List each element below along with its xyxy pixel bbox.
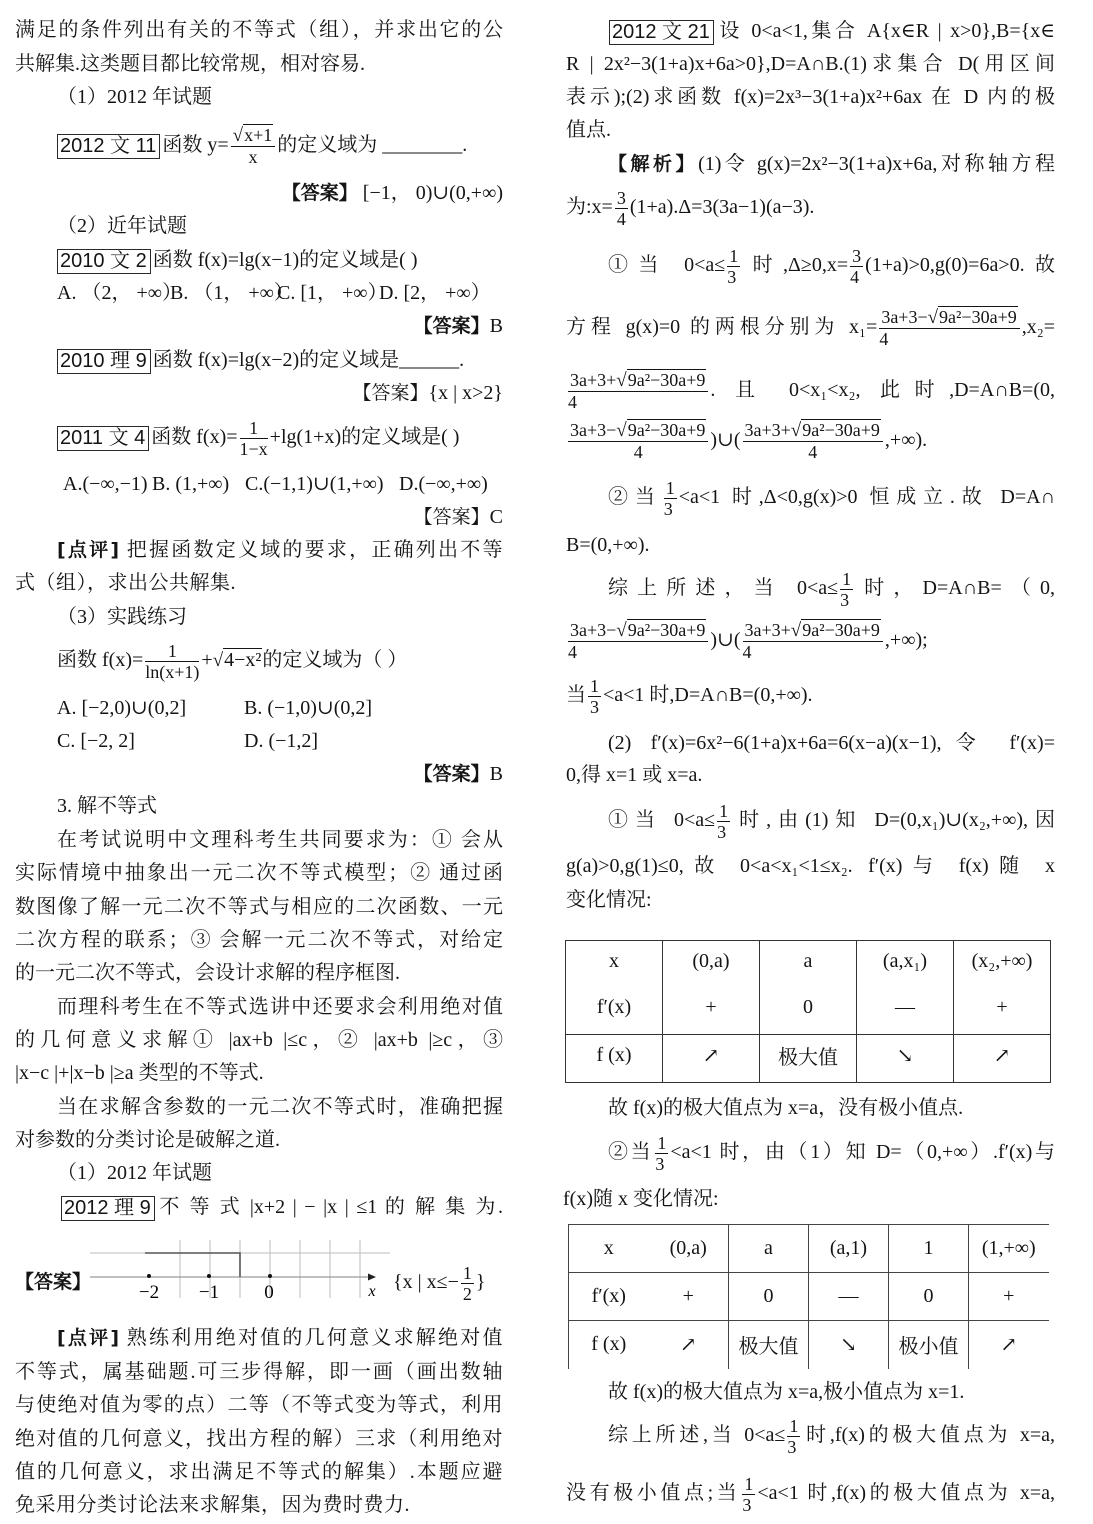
section-heading: （2）近年试题 (57, 211, 187, 241)
sqrt-sign: √ (233, 125, 243, 146)
fraction: 12 (461, 1263, 474, 1304)
solution-text: ,+∞); (885, 629, 928, 651)
period: . (462, 134, 467, 156)
formula: +lg(1+x) (270, 426, 341, 448)
solution-line: g(a)>0,g(1)≤0,故 0<a<x₁<1≤x₂. f′(x)与 f(x)… (566, 851, 1055, 881)
table-cell: a (729, 1225, 809, 1273)
fraction: 13 (742, 1474, 755, 1515)
answer-line: 【答案】{x | x>2} (15, 378, 503, 408)
solution-line: ①当 0<a≤13时,由(1)知 D=(0,x₁)∪(x₂,+∞),因 (608, 799, 1055, 841)
question-text: 函数 (153, 349, 198, 371)
point-minus-1 (207, 1274, 211, 1278)
denominator: 4 (615, 209, 628, 229)
answer-value: C (490, 506, 503, 528)
formula: f(x)= (196, 426, 237, 448)
numerator-prefix: 3a+3− (570, 620, 616, 640)
solution-text: (1+a)>0,g(0)=6a>0.故 (865, 254, 1055, 276)
numerator: 1 (840, 569, 853, 590)
point-0 (268, 1274, 272, 1278)
denominator: 1−x (240, 439, 268, 459)
denominator: 4 (568, 392, 708, 412)
option-d: D.(−∞,+∞) (399, 469, 488, 499)
radicand: 9a²−30a+9 (627, 619, 707, 640)
point-minus-2 (147, 1274, 151, 1278)
comment-line: 绝对值的几何意义，找出方程的解）三求（利用绝对 (15, 1424, 503, 1454)
table-cell: x (566, 941, 663, 988)
question-tag: 2011 文 4 (57, 426, 149, 451)
solution-line: 故 f(x)的极大值点为 x=a，没有极小值点. (608, 1093, 963, 1123)
table-cell: a (760, 941, 857, 988)
sqrt-sign: √ (616, 620, 626, 641)
table-cell: + (663, 988, 760, 1035)
solution-text: 为:x= (566, 196, 613, 218)
table-cell: 0 (760, 988, 857, 1035)
table-row: f′(x) + 0 — + (566, 988, 1051, 1035)
comment-text: 熟练利用绝对值的几何意义求解绝对值 (120, 1327, 503, 1349)
root-fraction: 3a+3−√9a²−30a+94 (568, 620, 708, 662)
solution-text: ,x₂= (1022, 316, 1055, 338)
numerator: 3a+3−√9a²−30a+9 (568, 620, 708, 642)
numerator: 1 (588, 676, 601, 697)
section-heading: （3）实践练习 (57, 602, 187, 632)
root-fraction: 3a+3+√9a²−30a+94 (568, 370, 708, 412)
comment-line: 与使绝对值为零的点）二等（不等式变为等式，利用 (15, 1390, 503, 1420)
option-a: A. （2， +∞） (57, 278, 170, 308)
table-cell: ↘ (857, 1035, 954, 1083)
question-text: 函数 (153, 249, 198, 271)
sqrt-sign: √ (928, 307, 938, 328)
solution-text: (1)令 g(x)=2x²−3(1+a)x+6a,对称轴方程 (698, 153, 1055, 175)
formula: + (201, 649, 212, 671)
table-cell: f (x) (569, 1321, 649, 1369)
denominator: 4 (879, 329, 1019, 349)
solution-text: )∪( (710, 629, 740, 651)
comment-line: 不等式，属基础题.可三步得解，即一画（画出数轴 (15, 1357, 503, 1387)
denominator: 3 (655, 1154, 668, 1174)
denominator: 4 (743, 442, 883, 462)
paragraph-line: 对参数的分类讨论是破解之道. (15, 1125, 280, 1155)
table-cell: f′(x) (566, 988, 663, 1035)
solution-text: <a<1 时,D=A∩B=(0,+∞). (603, 684, 813, 706)
denominator: ln(x+1) (145, 662, 199, 682)
numerator: 3a+3+√9a²−30a+9 (568, 370, 708, 392)
table-cell: x (569, 1225, 649, 1273)
radicand: 9a²−30a+9 (938, 306, 1018, 327)
table-cell: 1 (889, 1225, 969, 1273)
solution-label: 【解析】 (608, 153, 698, 175)
options-line: A.(−∞,−1)B. (1,+∞)C.(−1,1)∪(1,+∞)D.(−∞,+… (63, 469, 488, 499)
numerator: 1 (727, 246, 740, 267)
question-2010-li-9: 2010 理 9函数 f(x)=lg(x−2)的定义域是______. (57, 345, 464, 375)
root-fraction: 3a+3+√9a²−30a+94 (743, 620, 883, 662)
numerator: 3a+3+√9a²−30a+9 (743, 420, 883, 442)
question-2010-wen-2: 2010 文 2函数 f(x)=lg(x−1)的定义域是( ) (57, 245, 417, 275)
option-d: D. (−1,2] (244, 726, 318, 756)
number-line-figure: −2 −1 0 x (85, 1235, 395, 1305)
numerator: 3 (615, 188, 628, 209)
formula: y= (207, 134, 228, 156)
table-cell: — (857, 988, 954, 1035)
answer-label: 【答案】 (414, 506, 490, 528)
denominator: 4 (850, 267, 863, 287)
answer-blank: ______ (399, 349, 459, 371)
comment-line: 式（组），求出公共解集. (15, 568, 236, 598)
numerator: 3 (850, 246, 863, 267)
question-text: 的定义域为 (277, 134, 382, 156)
table-cell: ↗ (663, 1035, 760, 1083)
question-2012-wen-21: 2012 文 21设 0<a<1,集合 A{x∈R | x>0},B={x∈ (609, 16, 1055, 46)
solution-line: 没有极小值点;当13<a<1 时,f(x)的极大值点为 x=a, (566, 1472, 1055, 1514)
solution-text: 方程 g(x)=0 的两根分别为 x₁= (566, 316, 877, 338)
solution-text: 当 (566, 684, 586, 706)
solution-graph (145, 1253, 240, 1277)
question-text: 函数 (57, 649, 102, 671)
period: . (498, 1196, 503, 1218)
answer-value: B (490, 763, 503, 785)
fraction: 1ln(x+1) (145, 641, 199, 682)
fraction: 34 (615, 188, 628, 229)
numerator-prefix: 3a+3+ (570, 370, 616, 390)
solution-line: 3a+3−√9a²−30a+94)∪(3a+3+√9a²−30a+94,+∞). (566, 419, 927, 461)
fraction: 13 (655, 1133, 668, 1174)
formula: f(x)=lg(x−2) (198, 349, 299, 371)
answer-line: 【答案】C (15, 502, 503, 532)
numerator: 1 (145, 641, 199, 662)
paragraph-line: |x−c |+|x−b |≥a 类型的不等式. (15, 1058, 264, 1088)
numerator: 1 (461, 1263, 474, 1284)
solution-text: 时,由(1)知 D=(0,x₁)∪(x₂,+∞),因 (732, 809, 1055, 831)
question-tag: 2010 文 2 (57, 249, 151, 274)
variation-table-case2: x (0,a) a (a,1) 1 (1,+∞) f′(x) + 0 — 0 +… (568, 1224, 1049, 1369)
table-cell: ↗ (954, 1035, 1051, 1083)
denominator: 2 (461, 1284, 474, 1304)
tick-label: −1 (199, 1282, 219, 1303)
fraction: 34 (850, 246, 863, 287)
table-cell: 0 (729, 1273, 809, 1321)
option-b: B. （1， +∞） (170, 278, 277, 308)
question-line: R | 2x²−3(1+a)x+6a>0},D=A∩B.(1)求集合 D(用区间 (566, 49, 1055, 79)
table-row: x (0,a) a (a,1) 1 (1,+∞) (569, 1225, 1049, 1273)
solution-text: ②当 (608, 1141, 653, 1163)
answer-set-prefix: {x | x≤− (393, 1271, 459, 1293)
paragraph-line: 二次方程的联系；③ 会解一元二次不等式，对给定 (15, 925, 503, 955)
table-cell: + (969, 1273, 1049, 1321)
solution-line: 0,得 x=1 或 x=a. (566, 760, 702, 790)
table-cell: (0,a) (663, 941, 760, 988)
option-b: B. (−1,0)∪(0,2] (244, 693, 372, 723)
numerator: 3a+3+√9a²−30a+9 (743, 620, 883, 642)
table-row: f (x) ↗ 极大值 ↘ 极小值 ↗ (569, 1321, 1049, 1369)
numerator-prefix: 3a+3+ (745, 620, 791, 640)
fraction: 13 (727, 246, 740, 287)
sqrt-sign: √ (213, 650, 223, 671)
question-tag: 2012 文 21 (609, 20, 714, 45)
question-2011-wen-4: 2011 文 4函数 f(x)=11−x+lg(1+x)的定义域是( ) (57, 416, 459, 458)
root-fraction: 3a+3+√9a²−30a+94 (743, 420, 883, 462)
comment-text: 把握函数定义域的要求，正确列出不等 (120, 539, 503, 561)
solution-line: ②当13<a<1 时,Δ<0,g(x)>0 恒成立.故 D=A∩ (608, 476, 1055, 518)
paragraph-line: 实际情境中抽象出一元二次不等式模型；② 通过函 (15, 858, 503, 888)
denominator: 3 (588, 697, 601, 717)
question-line: 表示);(2)求函数 f(x)=2x³−3(1+a)x²+6ax 在 D 内的极 (566, 82, 1055, 112)
denominator: 3 (717, 822, 730, 842)
answer-value: {x | x>2} (429, 382, 503, 404)
question-line: 值点. (566, 115, 611, 145)
fraction: √x+1x (231, 125, 276, 167)
question-text: 不 等 式 |x+2 | − |x | ≤1 的 解 集 为 (157, 1196, 498, 1218)
answer-value: [−1， 0)∪(0,+∞) (358, 182, 503, 204)
option-d: D. [2， +∞） (379, 278, 491, 308)
practice-question: 函数 f(x)=1ln(x+1)+√4−x²的定义域为（ ） (57, 639, 407, 681)
table-cell: ↗ (649, 1321, 729, 1369)
answer-label: 【答案】 (414, 763, 490, 785)
option-c: C. [1， +∞） (277, 278, 379, 308)
table-cell: f′(x) (569, 1273, 649, 1321)
radicand: 9a²−30a+9 (627, 369, 707, 390)
solution-line: ②当13<a<1 时，由（1）知 D=（0,+∞）.f′(x)与 (608, 1131, 1055, 1173)
solution-line: 故 f(x)的极大值点为 x=a,极小值点为 x=1. (608, 1377, 964, 1407)
table-row: f (x) ↗ 极大值 ↘ ↗ (566, 1035, 1051, 1083)
fraction: 13 (717, 801, 730, 842)
solution-line: 方程 g(x)=0 的两根分别为 x₁=3a+3−√9a²−30a+94,x₂= (566, 306, 1055, 348)
solution-line: ①当 0<a≤13时,Δ≥0,x=34(1+a)>0,g(0)=6a>0.故 (608, 244, 1055, 286)
answer-label: 【答案】 (282, 182, 358, 204)
solution-line: 变化情况: (566, 885, 652, 915)
table-cell: (1,+∞) (969, 1225, 1049, 1273)
solution-text: ②当 (608, 486, 662, 508)
answer-line: 【答案】B (15, 311, 503, 341)
denominator: 4 (568, 642, 708, 662)
table-cell: 极小值 (889, 1321, 969, 1369)
solution-text: ①当 0<a≤ (608, 254, 725, 276)
tick-label: −2 (139, 1282, 159, 1303)
comment-line: 免采用分类讨论法来求解集，因为费时费力. (15, 1490, 410, 1520)
table-cell: (a,1) (809, 1225, 889, 1273)
solution-text: 综上所述,当 0<a≤ (608, 1424, 785, 1446)
table-cell: 极大值 (729, 1321, 809, 1369)
axis-label: x (367, 1283, 375, 1300)
solution-line: 综上所述,当 0<a≤13时,f(x)的极大值点为 x=a, (608, 1414, 1055, 1456)
formula: f(x)= (102, 649, 143, 671)
solution-text: 综上所述，当 0<a≤ (608, 577, 838, 599)
denominator: 3 (727, 267, 740, 287)
table-cell: f (x) (566, 1035, 663, 1083)
denominator: 4 (743, 642, 883, 662)
radicand: 9a²−30a+9 (627, 419, 707, 440)
options-line: C. [−2, 2]D. (−1,2] (57, 726, 318, 756)
solution-line: 当13<a<1 时,D=A∩B=(0,+∞). (566, 674, 813, 716)
section-heading: （1）2012 年试题 (57, 1158, 212, 1188)
denominator: 3 (787, 1437, 800, 1457)
variation-table-case1: x (0,a) a (a,x₁) (x₂,+∞) f′(x) + 0 — + f… (565, 940, 1051, 1083)
comment-line: [点评] 熟练利用绝对值的几何意义求解绝对值 (57, 1323, 503, 1353)
comment-label: [点评] (57, 1327, 120, 1349)
option-c: C.(−1,1)∪(1,+∞) (245, 469, 399, 499)
question-text: 的定义域为（ ） (262, 649, 407, 671)
options-line: A. [−2,0)∪(0,2]B. (−1,0)∪(0,2] (57, 693, 372, 723)
options-line: A. （2， +∞）B. （1， +∞）C. [1， +∞）D. [2， +∞） (57, 278, 491, 308)
radicand: x+1 (243, 124, 273, 145)
table-cell: ↘ (809, 1321, 889, 1369)
answer-line: 【答案】B (15, 759, 503, 789)
solution-line: B=(0,+∞). (566, 530, 649, 560)
numerator: 1 (664, 478, 677, 499)
question-tag: 2010 理 9 (57, 349, 151, 374)
table-cell: + (649, 1273, 729, 1321)
numerator: 1 (742, 1474, 755, 1495)
fraction: 13 (787, 1416, 800, 1457)
answer-value: B (490, 315, 503, 337)
radicand: 9a²−30a+9 (801, 419, 881, 440)
paragraph-line: 在考试说明中文理科考生共同要求为：① 会从 (57, 825, 503, 855)
solution-text: 没有极小值点;当 (566, 1482, 740, 1504)
question-text: 的定义域是( ) (299, 249, 417, 271)
denominator: x (231, 147, 276, 167)
sqrt-sign: √ (791, 420, 801, 441)
solution-text: <a<1 时，由（1）知 D=（0,+∞）.f′(x)与 (670, 1141, 1055, 1163)
answer-label: 【答案】 (15, 1267, 91, 1297)
solution-line: 【解析】(1)令 g(x)=2x²−3(1+a)x+6a,对称轴方程 (608, 149, 1055, 179)
numerator: 3a+3−√9a²−30a+9 (568, 420, 708, 442)
section-heading: 3. 解不等式 (57, 791, 157, 821)
question-tag: 2012 文 11 (57, 134, 160, 159)
question-tag: 2012 理 9 (61, 1196, 155, 1221)
question-text: 的定义域是( ) (341, 426, 459, 448)
question-text: 函数 (162, 134, 207, 156)
axis-arrow-icon (368, 1274, 376, 1281)
numerator: 1 (240, 418, 268, 439)
solution-line: 为:x=34(1+a).Δ=3(3a−1)(a−3). (566, 186, 814, 228)
answer-label: 【答案】 (353, 382, 429, 404)
paragraph-line: 当在求解含参数的一元二次不等式时，准确把握 (57, 1092, 503, 1122)
paragraph-line: 的一元二次不等式，会设计求解的程序框图. (15, 958, 400, 988)
paragraph-line: 而理科考生在不等式选讲中还要求会利用绝对值 (57, 992, 503, 1022)
table-cell: 0 (889, 1273, 969, 1321)
numerator: √x+1 (231, 125, 276, 147)
numerator: 1 (655, 1133, 668, 1154)
option-b: B. (1,+∞) (152, 469, 245, 499)
table-cell: (a,x₁) (857, 941, 954, 988)
table-cell: — (809, 1273, 889, 1321)
comment-line: [点评] 把握函数定义域的要求，正确列出不等 (57, 535, 503, 565)
formula: f(x)=lg(x−1) (198, 249, 299, 271)
solution-text: ①当 0<a≤ (608, 809, 715, 831)
question-text: 函数 (151, 426, 196, 448)
section-heading: （1）2012 年试题 (57, 82, 212, 112)
solution-text: (1+a).Δ=3(3a−1)(a−3). (630, 196, 815, 218)
denominator: 4 (568, 442, 708, 462)
sqrt-sign: √ (616, 370, 626, 391)
intro-line: 共解集.这类题目都比较常规，相对容易. (15, 49, 365, 79)
comment-line: 值的几何意义，求出满足不等式的解集）.本题应避 (15, 1457, 503, 1487)
question-2012-wen-11: 2012 文 11函数 y=√x+1x的定义域为 ________. (57, 124, 467, 166)
table-row: f′(x) + 0 — 0 + (569, 1273, 1049, 1321)
solution-text: )∪( (710, 429, 740, 451)
denominator: 3 (664, 499, 677, 519)
answer-line: 【答案】 [−1， 0)∪(0,+∞) (15, 178, 503, 208)
numerator: 1 (717, 801, 730, 822)
answer-set-suffix: } (476, 1271, 486, 1293)
numerator-prefix: 3a+3+ (745, 420, 791, 440)
option-a: A. [−2,0)∪(0,2] (57, 693, 244, 723)
root-fraction: 3a+3−√9a²−30a+94 (568, 420, 708, 462)
root-fraction: 3a+3−√9a²−30a+94 (879, 307, 1019, 349)
table-cell: (x₂,+∞) (954, 941, 1051, 988)
denominator: 3 (840, 590, 853, 610)
table-cell: + (954, 988, 1051, 1035)
answer-blank: ________ (382, 134, 462, 156)
solution-line: f(x)随 x 变化情况: (563, 1184, 719, 1214)
solution-line: (2) f′(x)=6x²−6(1+a)x+6a=6(x−a)(x−1),令 f… (608, 728, 1055, 758)
question-text: 的定义域是 (299, 349, 399, 371)
numerator-prefix: 3a+3− (881, 307, 927, 327)
option-c: C. [−2, 2] (57, 726, 244, 756)
table-cell: 极大值 (760, 1035, 857, 1083)
comment-label: [点评] (57, 539, 120, 561)
question-2012-li-9: 2012 理 9不 等 式 |x+2 | − |x | ≤1 的 解 集 为. (61, 1192, 503, 1222)
solution-text: 时,f(x)的极大值点为 x=a, (802, 1424, 1055, 1446)
answer-label-text: 【答案】 (15, 1271, 91, 1293)
intro-line: 满足的条件列出有关的不等式（组），并求出它的公 (15, 15, 503, 45)
table-cell: ↗ (969, 1321, 1049, 1369)
option-a: A.(−∞,−1) (63, 469, 152, 499)
solution-line: 3a+3−√9a²−30a+94)∪(3a+3+√9a²−30a+94,+∞); (566, 619, 1055, 661)
solution-text: 时，D=A∩B=（0, (855, 577, 1055, 599)
solution-text: <a<1 时,f(x)的极大值点为 x=a, (757, 1482, 1055, 1504)
fraction: 13 (588, 676, 601, 717)
solution-line: 3a+3+√9a²−30a+94. 且 0<x₁<x₂, 此时,D=A∩B=(0… (566, 369, 1055, 411)
solution-text: ,+∞). (885, 429, 927, 451)
sqrt-sign: √ (791, 620, 801, 641)
table-row: x (0,a) a (a,x₁) (x₂,+∞) (566, 941, 1051, 988)
answer-set: {x | x≤−12} (393, 1261, 485, 1303)
numerator: 3a+3−√9a²−30a+9 (879, 307, 1019, 329)
radicand: 9a²−30a+9 (801, 619, 881, 640)
fraction: 11−x (240, 418, 268, 459)
numerator: 1 (787, 1416, 800, 1437)
solution-text: . 且 0<x₁<x₂, 此时,D=A∩B=(0, (710, 379, 1055, 401)
tick-label: 0 (264, 1282, 274, 1303)
denominator: 3 (742, 1495, 755, 1515)
solution-line: 综上所述，当 0<a≤13时，D=A∩B=（0, (608, 567, 1055, 609)
question-text: 设 0<a<1,集合 A{x∈R | x>0},B={x∈ (716, 20, 1055, 42)
period: . (459, 349, 464, 371)
solution-text: <a<1 时,Δ<0,g(x)>0 恒成立.故 D=A∩ (679, 486, 1055, 508)
numerator-prefix: 3a+3− (570, 420, 616, 440)
sqrt-sign: √ (616, 420, 626, 441)
answer-label: 【答案】 (414, 315, 490, 337)
fraction: 13 (664, 478, 677, 519)
paragraph-line: 的几何意义求解① |ax+b |≤c，② |ax+b |≥c，③ (15, 1025, 503, 1055)
solution-text: 时,Δ≥0,x= (742, 254, 848, 276)
radicand: 4−x² (223, 648, 262, 671)
table-cell: (0,a) (649, 1225, 729, 1273)
fraction: 13 (840, 569, 853, 610)
paragraph-line: 数图像了解一元二次不等式与相应的二次函数、一元 (15, 892, 503, 922)
